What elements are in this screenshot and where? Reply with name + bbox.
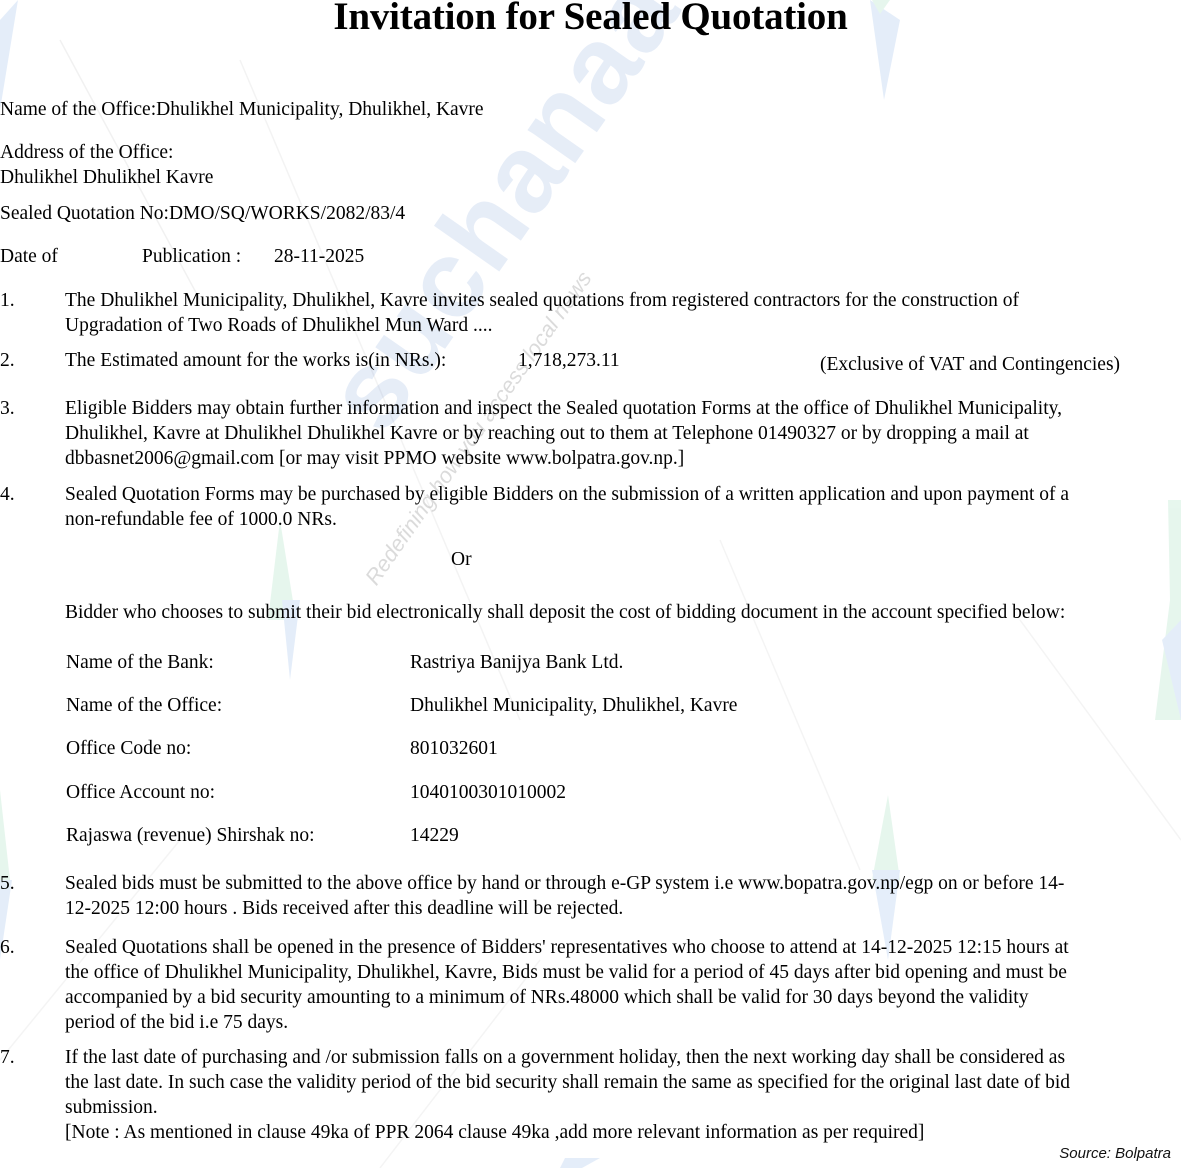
clause-line: dbbasnet2006@gmail.com [or may visit PPM…: [65, 446, 684, 471]
clause-number: 6.: [0, 935, 40, 960]
estimated-amount-note: (Exclusive of VAT and Contingencies): [820, 352, 1120, 377]
clause-number: 4.: [0, 482, 40, 507]
revenue-head-label: Rajaswa (revenue) Shirshak no:: [66, 823, 315, 848]
clause-number: 7.: [0, 1045, 40, 1070]
clause-line: Dhulikhel, Kavre at Dhulikhel Dhulikhel …: [65, 421, 1029, 446]
estimated-amount-label: The Estimated amount for the works is(in…: [65, 348, 446, 373]
clause-number: 1.: [0, 288, 40, 313]
source-credit: Source: Bolpatra: [1059, 1145, 1171, 1162]
clause-line: the office of Dhulikhel Municipality, Dh…: [65, 960, 1067, 985]
clause-line: non-refundable fee of 1000.0 NRs.: [65, 507, 337, 532]
clause-line: If the last date of purchasing and /or s…: [65, 1045, 1065, 1070]
bank-name-value: Rastriya Banijya Bank Ltd.: [410, 650, 623, 675]
publication-label: Publication :: [142, 244, 241, 269]
clause-line: period of the bid i.e 75 days.: [65, 1010, 288, 1035]
publication-date: 28-11-2025: [274, 244, 364, 269]
clause-line: submission.: [65, 1095, 158, 1120]
clause-note: [Note : As mentioned in clause 49ka of P…: [65, 1120, 924, 1145]
clause-line: accompanied by a bid security amounting …: [65, 985, 1028, 1010]
document-title: Invitation for Sealed Quotation: [0, 0, 1181, 40]
bank-name-label: Name of the Bank:: [66, 650, 214, 675]
quotation-number: Sealed Quotation No:DMO/SQ/WORKS/2082/83…: [0, 201, 405, 226]
revenue-head-value: 14229: [410, 823, 459, 848]
bank-office-label: Name of the Office:: [66, 693, 222, 718]
clause-line: the last date. In such case the validity…: [65, 1070, 1070, 1095]
office-name: Name of the Office:Dhulikhel Municipalit…: [0, 97, 484, 122]
clause-line: Sealed bids must be submitted to the abo…: [65, 871, 1064, 896]
bank-office-value: Dhulikhel Municipality, Dhulikhel, Kavre: [410, 693, 737, 718]
date-label: Date of: [0, 244, 58, 269]
document-page: Invitation for Sealed Quotation Name of …: [0, 0, 1181, 1168]
account-number-label: Office Account no:: [66, 780, 215, 805]
clause-number: 3.: [0, 396, 40, 421]
clause-line: Sealed Quotation Forms may be purchased …: [65, 482, 1069, 507]
account-number-value: 1040100301010002: [410, 780, 566, 805]
office-code-value: 801032601: [410, 736, 498, 761]
estimated-amount-value: 1,718,273.11: [518, 348, 620, 373]
address-value: Dhulikhel Dhulikhel Kavre: [0, 165, 213, 190]
clause-line: Eligible Bidders may obtain further info…: [65, 396, 1062, 421]
address-label: Address of the Office:: [0, 140, 173, 165]
office-code-label: Office Code no:: [66, 736, 191, 761]
clause-line: 12-2025 12:00 hours . Bids received afte…: [65, 896, 623, 921]
electronic-submission-text: Bidder who chooses to submit their bid e…: [65, 600, 1065, 625]
clause-line: Sealed Quotations shall be opened in the…: [65, 935, 1069, 960]
clause-line: The Dhulikhel Municipality, Dhulikhel, K…: [65, 288, 1019, 313]
or-separator: Or: [451, 547, 472, 572]
clause-number: 2.: [0, 348, 40, 373]
clause-line: Upgradation of Two Roads of Dhulikhel Mu…: [65, 313, 492, 338]
clause-number: 5.: [0, 871, 40, 896]
